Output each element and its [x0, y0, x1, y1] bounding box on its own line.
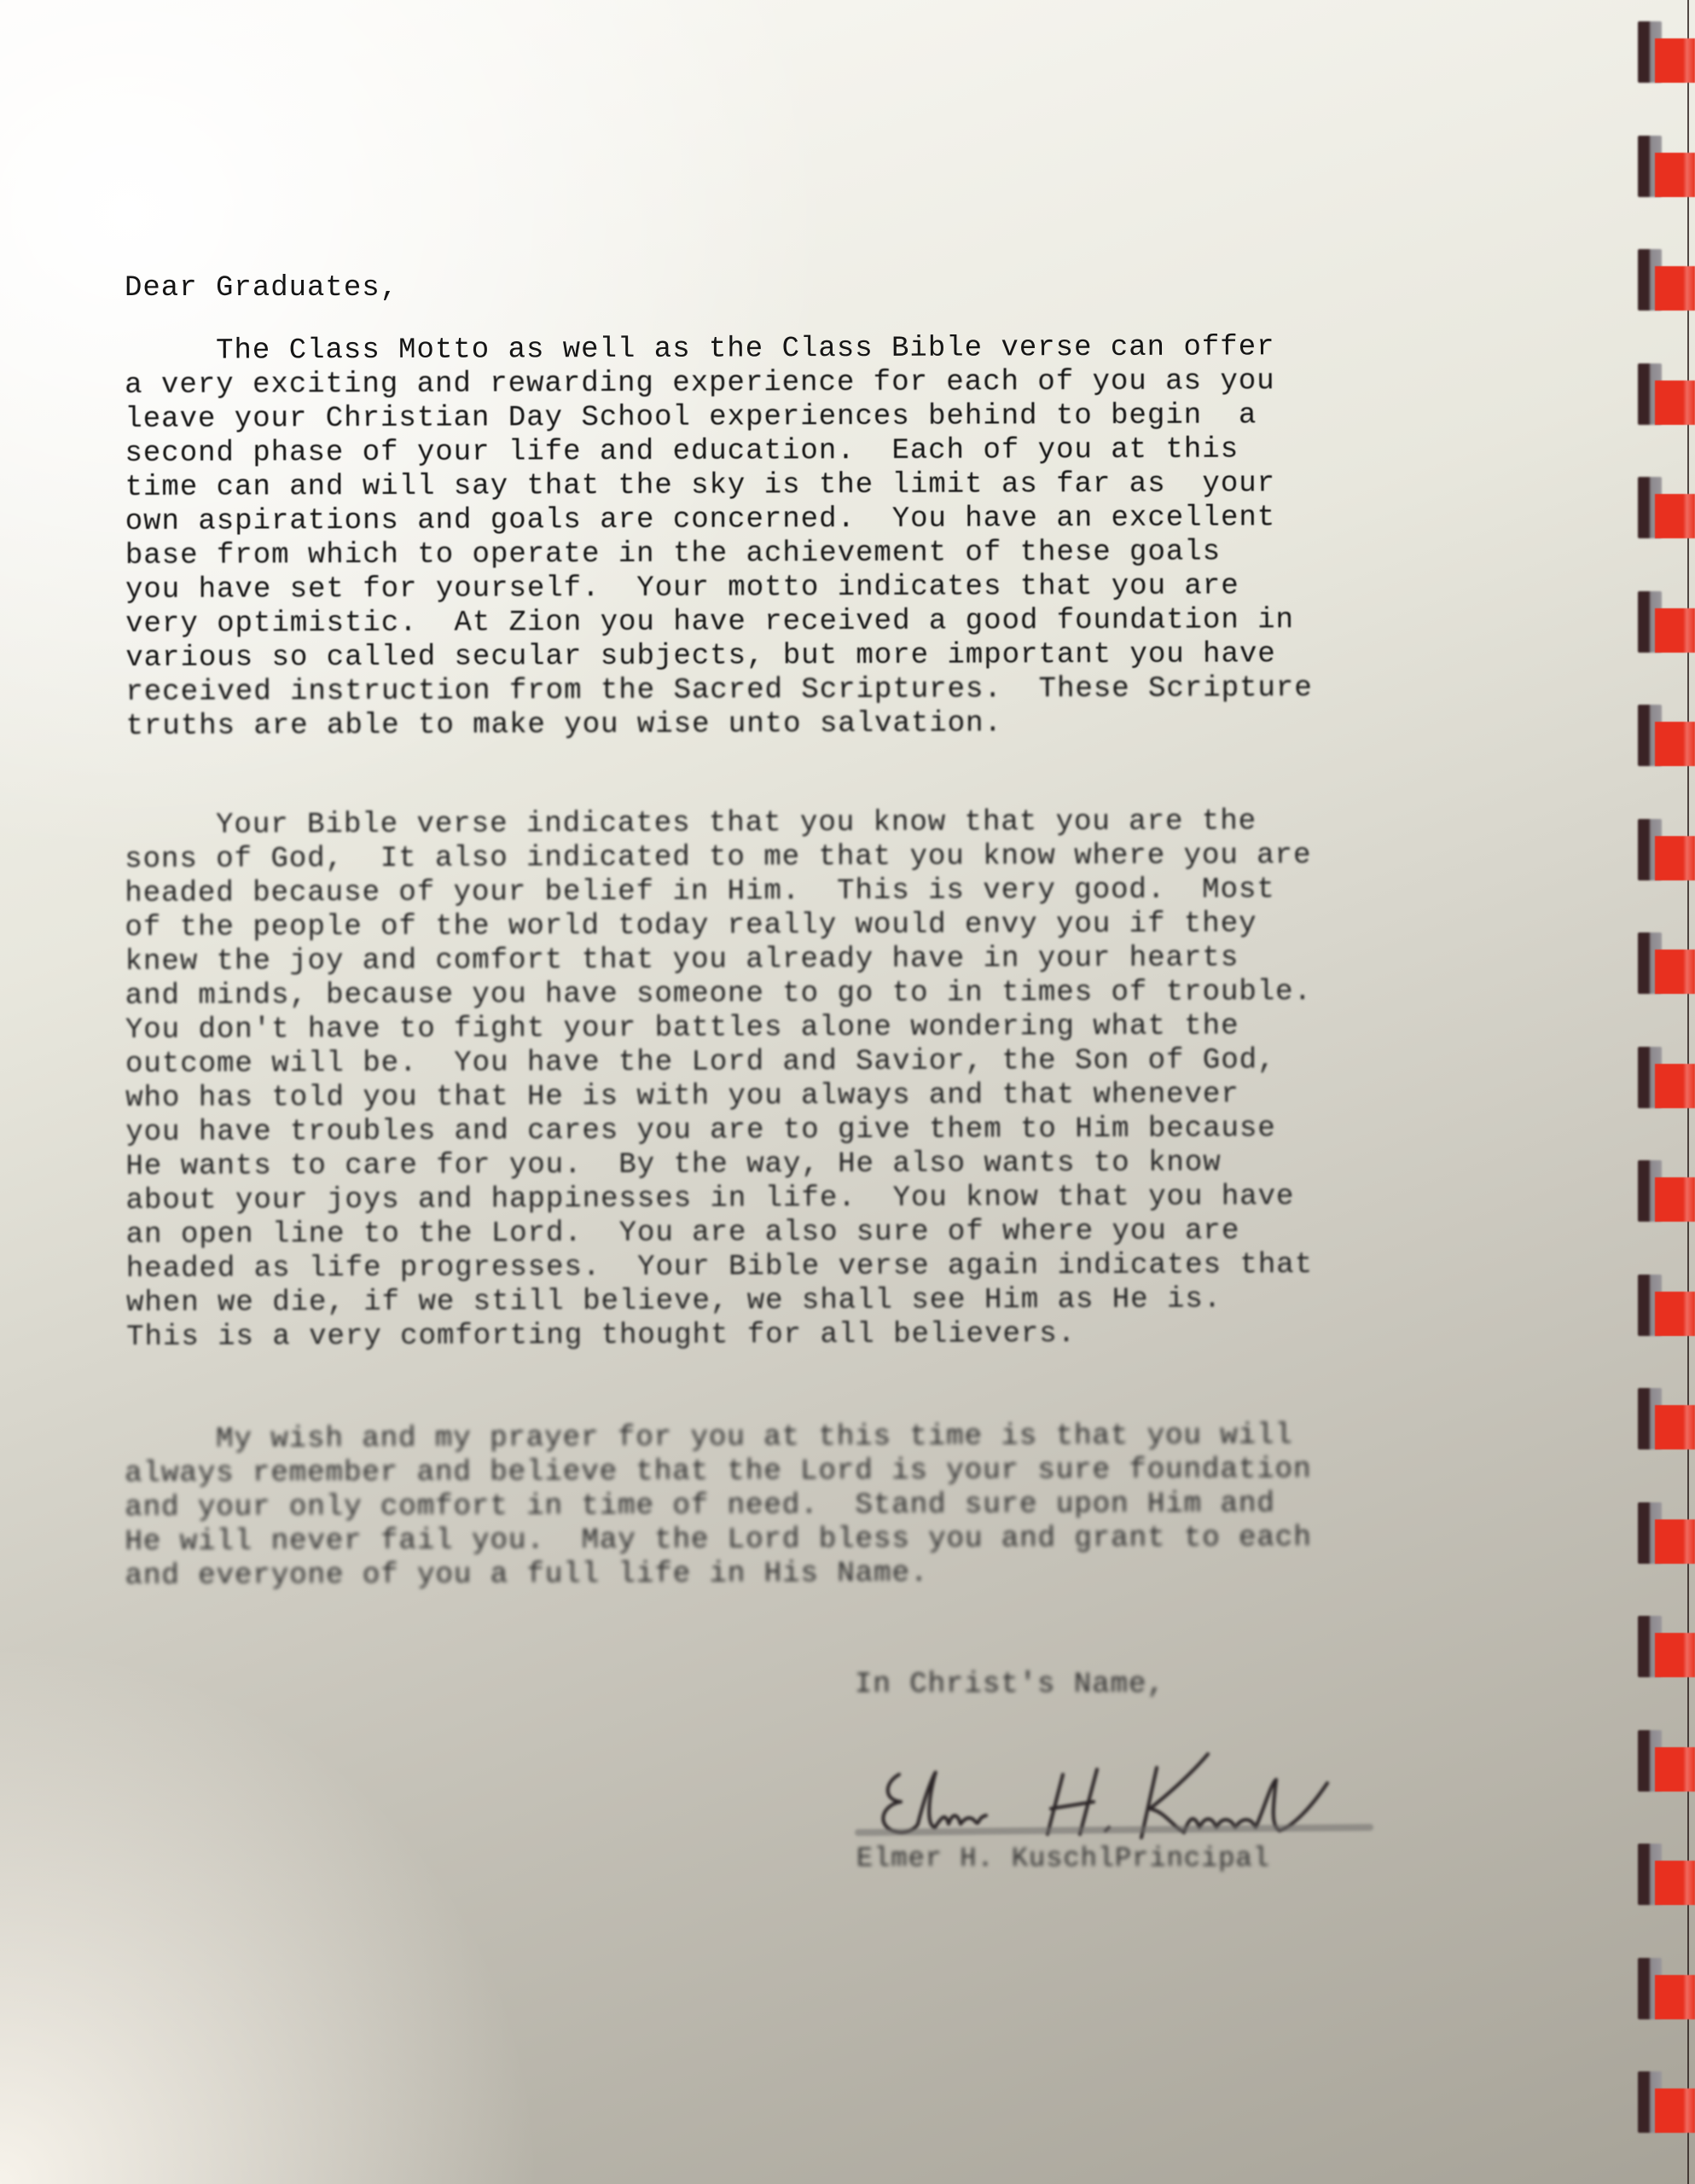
text-line: knew the joy and comfort that you alread…: [125, 940, 1473, 979]
binding-ring: [1638, 1047, 1695, 1115]
comb-tooth: [1655, 1633, 1695, 1677]
comb-tooth: [1655, 836, 1695, 880]
comb-tooth: [1655, 1177, 1695, 1222]
text-line: and minds, because you have someone to g…: [125, 974, 1473, 1014]
paragraph-3: My wish and my prayer for you at this ti…: [125, 1418, 1473, 1594]
text-line: you have set for yourself. Your motto in…: [125, 568, 1473, 607]
binding-ring: [1638, 2071, 1695, 2140]
text-line: Your Bible verse indicates that you know…: [125, 804, 1472, 843]
text-line: an open line to the Lord. You are also s…: [126, 1213, 1474, 1252]
text-line: You don't have to fight your battles alo…: [125, 1008, 1473, 1048]
comb-tooth: [1655, 266, 1695, 311]
binding-ring: [1638, 1958, 1695, 2026]
text-line: who has told you that He is with you alw…: [125, 1077, 1473, 1116]
comb-tooth: [1655, 1861, 1695, 1905]
text-line: about your joys and happinesses in life.…: [126, 1179, 1474, 1218]
text-line: leave your Christian Day School experien…: [125, 398, 1472, 437]
comb-tooth: [1655, 950, 1695, 994]
binding-ring: [1638, 705, 1695, 773]
comb-tooth: [1655, 494, 1695, 538]
binding-ring: [1638, 932, 1695, 1001]
comb-tooth: [1655, 1292, 1695, 1336]
binding-ring: [1638, 21, 1695, 90]
comb-tooth: [1655, 380, 1695, 425]
binding-ring: [1638, 1160, 1695, 1228]
paragraph-2: Your Bible verse indicates that you know…: [125, 804, 1474, 1355]
binding-ring: [1638, 363, 1695, 432]
binding-ring: [1638, 1730, 1695, 1798]
comb-tooth: [1655, 38, 1695, 83]
text-line: of the people of the world today really …: [125, 906, 1472, 945]
text-line: you have troubles and cares you are to g…: [125, 1111, 1473, 1150]
binding-ring: [1638, 1502, 1695, 1571]
text-line: various so called secular subjects, but …: [125, 636, 1473, 676]
text-line: time can and will say that the sky is th…: [125, 466, 1473, 505]
text-line: truths are able to make you wise unto sa…: [126, 705, 1474, 744]
text-line: headed as life progresses. Your Bible ve…: [126, 1247, 1474, 1287]
text-line: when we die, if we still believe, we sha…: [126, 1281, 1474, 1321]
comb-tooth: [1655, 2088, 1695, 2133]
comb-tooth: [1655, 1747, 1695, 1792]
salutation: Dear Graduates,: [125, 271, 1472, 305]
text-line: very optimistic. At Zion you have receiv…: [125, 602, 1473, 642]
binding-ring: [1638, 477, 1695, 545]
text-line: outcome will be. You have the Lord and S…: [125, 1043, 1473, 1082]
binding-ring: [1638, 136, 1695, 204]
letter-body: Dear Graduates, The Class Motto as well …: [125, 271, 1472, 1594]
binding-ring: [1638, 1388, 1695, 1456]
binding-ring: [1638, 1275, 1695, 1343]
text-line: and everyone of you a full life in His N…: [125, 1554, 1473, 1594]
text-line: always remember and believe that the Lor…: [125, 1452, 1472, 1491]
handwritten-signature: [850, 1749, 1379, 1851]
paragraph-1: The Class Motto as well as the Class Bib…: [125, 329, 1474, 744]
comb-tooth: [1655, 722, 1695, 766]
comb-tooth: [1655, 1519, 1695, 1564]
text-line: My wish and my prayer for you at this ti…: [125, 1418, 1472, 1457]
comb-tooth: [1655, 153, 1695, 197]
binding-ring: [1638, 591, 1695, 659]
typed-signatory-name: Elmer H. KuschlPrincipal: [856, 1843, 1270, 1874]
letter-page: Dear Graduates, The Class Motto as well …: [0, 0, 1651, 2184]
text-line: a very exciting and rewarding experience…: [125, 363, 1472, 403]
binding-ring: [1638, 249, 1695, 317]
closing: In Christ's Name,: [855, 1669, 1165, 1701]
text-line: The Class Motto as well as the Class Bib…: [125, 329, 1472, 369]
text-line: headed because of your belief in Him. Th…: [125, 872, 1472, 911]
binding-ring: [1638, 1616, 1695, 1684]
comb-tooth: [1655, 1405, 1695, 1449]
comb-tooth: [1655, 608, 1695, 653]
text-line: He will never fail you. May the Lord ble…: [125, 1520, 1472, 1560]
comb-tooth: [1655, 1064, 1695, 1108]
binding-ring: [1638, 819, 1695, 887]
text-line: sons of God, It also indicated to me tha…: [125, 838, 1472, 877]
comb-tooth: [1655, 1975, 1695, 2019]
text-line: and your only comfort in time of need. S…: [125, 1486, 1472, 1525]
text-line: second phase of your life and education.…: [125, 432, 1472, 471]
text-line: He wants to care for you. By the way, He…: [125, 1145, 1473, 1184]
text-line: base from which to operate in the achiev…: [125, 534, 1473, 573]
binding-ring: [1638, 1844, 1695, 1912]
text-line: received instruction from the Sacred Scr…: [125, 671, 1473, 710]
text-line: own aspirations and goals are concerned.…: [125, 500, 1473, 539]
text-line: This is a very comforting thought for al…: [126, 1316, 1474, 1355]
